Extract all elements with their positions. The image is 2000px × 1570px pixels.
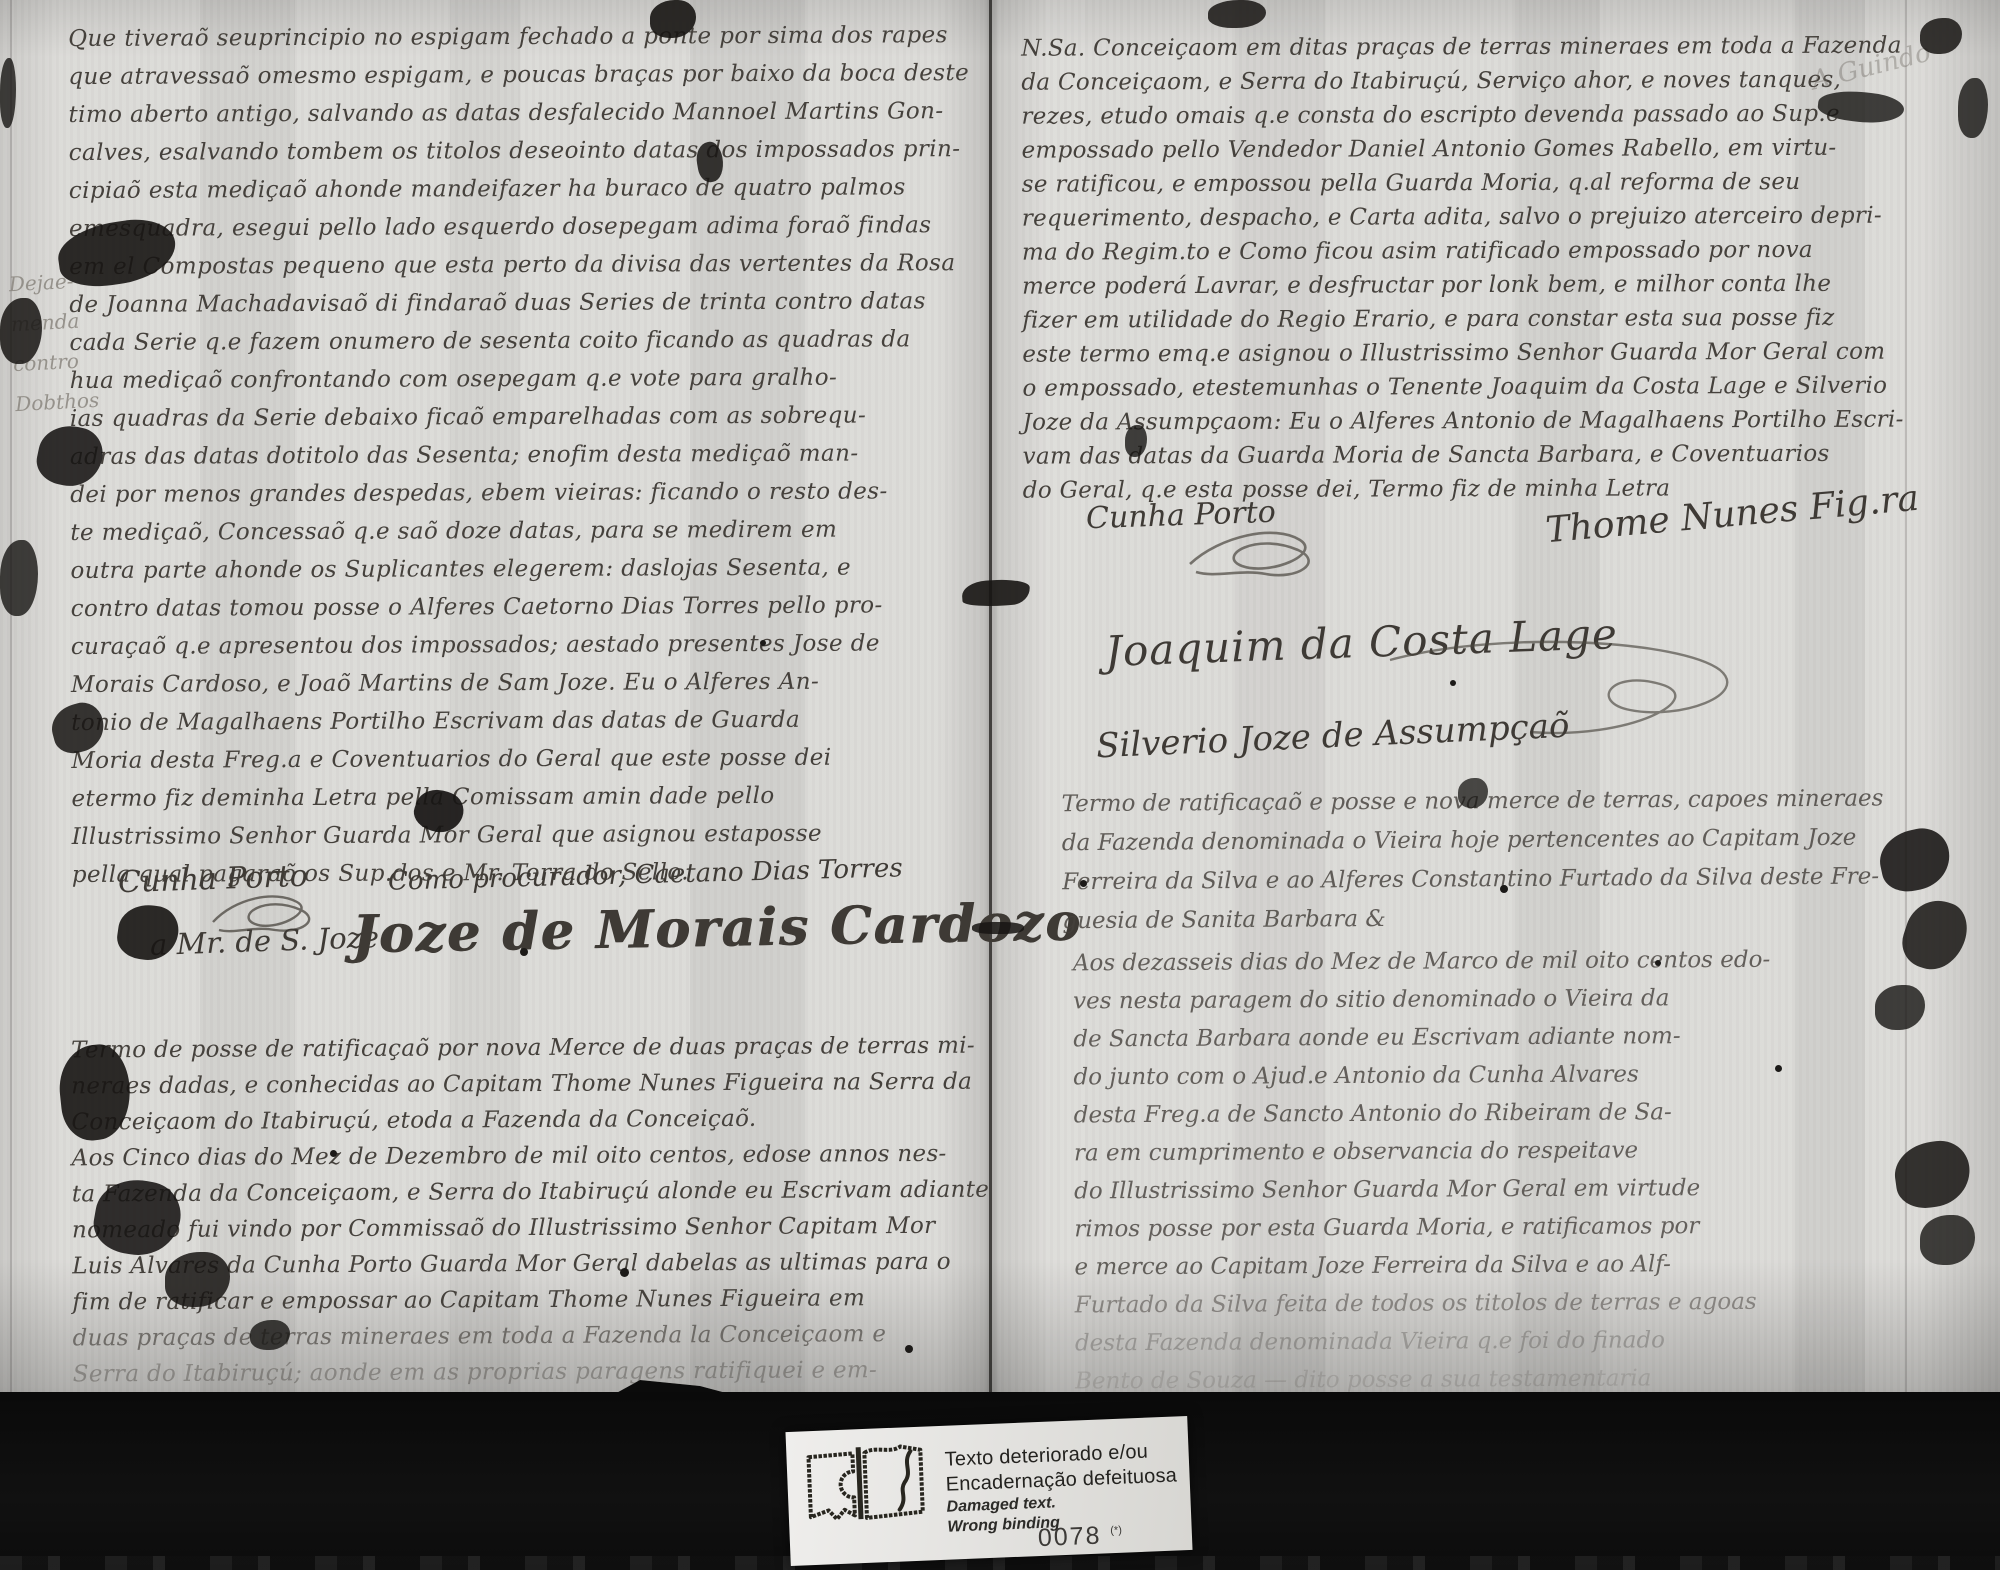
manuscript-line: ves nesta paragem do sitio denominado o … [1073, 978, 1993, 1021]
manuscript-line: o empossado, etestemunhas o Tenente Joaq… [1022, 368, 1972, 405]
page-number-footnote-mark: (*) [1110, 1524, 1122, 1536]
damaged-book-icon [798, 1436, 934, 1533]
manuscript-line: N.Sa. Conceiçaom em ditas praças de terr… [1021, 28, 1971, 65]
manuscript-line: em el Compostas pequeno que esta perto d… [69, 244, 989, 286]
ink-dot [1775, 1065, 1782, 1072]
page-number: 0078 (*) [1037, 1521, 1122, 1553]
manuscript-line: Furtado da Silva feita de todos os titol… [1075, 1282, 1995, 1325]
manuscript-line: guesia de Sanita Barbara & [1062, 896, 1982, 941]
page-number-value: 0078 [1037, 1522, 1102, 1553]
manuscript-line: Serra do Itabiruçú; aonde em as proprias… [73, 1352, 1003, 1393]
manuscript-line: dei por menos grandes despedas, ebem vie… [70, 472, 990, 514]
signature-silverio-joze-de-assumpcao: Silverio Joze de Assumpçaõ [1095, 706, 1570, 767]
ink-dot [620, 1268, 629, 1277]
manuscript-paper: Dejae- menda contro Dobthos Que tiveraõ … [0, 0, 2000, 1430]
manuscript-line: etermo fiz deminha Letra pella Comissam … [71, 776, 991, 818]
manuscript-line: Termo de posse de ratificaçaõ por nova M… [71, 1028, 1001, 1069]
ink-dot [905, 1345, 913, 1353]
manuscript-line: curaçaõ q.e apresentou dos impossados; a… [71, 624, 991, 666]
left-page-body: Que tiveraõ seuprincipio no espigam fech… [68, 16, 992, 894]
manuscript-line: merce poderá Lavrar, e desfructar por lo… [1022, 266, 1972, 303]
manuscript-line: Ferreira da Silva e ao Alferes Constanti… [1062, 857, 1982, 902]
manuscript-line: tonio de Magalhaens Portilho Escrivam da… [71, 700, 991, 742]
manuscript-line: outra parte ahonde os Suplicantes eleger… [70, 548, 990, 590]
ink-dot [1655, 960, 1661, 966]
manuscript-line: empossado pello Vendedor Daniel Antonio … [1022, 130, 1972, 167]
left-page-edge [10, 0, 12, 1430]
manuscript-line: do Illustrissimo Senhor Guarda Mor Geral… [1074, 1168, 1994, 1211]
manuscript-line: Illustrissimo Senhor Guarda Mor Geral qu… [72, 814, 992, 856]
manuscript-line: ias quadras da Serie debaixo ficaõ empar… [70, 396, 990, 438]
ink-dot [520, 948, 528, 956]
signature-rubric [1180, 516, 1340, 586]
manuscript-line: hua mediçaõ confrontando com osepegam q.… [70, 358, 990, 400]
manuscript-line: requerimento, despacho, e Carta adita, s… [1022, 198, 1972, 235]
stamp-text: Texto deteriorado e/ou Encadernação defe… [944, 1426, 1179, 1537]
manuscript-line: nomeado fui vindo por Commissaõ do Illus… [72, 1208, 1002, 1249]
right-page-term-heading: Termo de ratificaçaõ e posse e nova merc… [1061, 779, 1982, 941]
manuscript-line: cada Serie q.e fazem onumero de sesenta … [69, 320, 989, 362]
manuscript-line: Joze da Assumpçaom: Eu o Alferes Antonio… [1022, 402, 1972, 439]
manuscript-line: Termo de ratificaçaõ e posse e nova merc… [1061, 779, 1981, 824]
manuscript-line: desta Fazenda denominada Vieira q.e foi … [1075, 1320, 1995, 1363]
manuscript-line: emesquadra, esegui pello lado esquerdo d… [69, 206, 989, 248]
manuscript-line: te mediçaõ, Concessaõ q.e saõ doze datas… [70, 510, 990, 552]
ink-dot [1500, 885, 1508, 893]
ink-blot [1208, 0, 1266, 28]
manuscript-line: ma do Regim.to e Como ficou asim ratific… [1022, 232, 1972, 269]
manuscript-line: ra em cumprimento e observancia do respe… [1074, 1130, 1994, 1173]
ink-blot [0, 540, 38, 616]
note-mr-de-s-joze: a Mr. de S. Joze [149, 920, 379, 962]
scanned-manuscript-page: Dejae- menda contro Dobthos Que tiveraõ … [0, 0, 2000, 1570]
manuscript-line: da Fazenda denominada o Vieira hoje pert… [1062, 818, 1982, 863]
archive-condition-stamp: Texto deteriorado e/ou Encadernação defe… [785, 1416, 1192, 1566]
ink-blot [1958, 78, 1988, 138]
ink-dot [1450, 680, 1456, 686]
manuscript-line: timo aberto antigo, salvando as datas de… [68, 92, 988, 134]
manuscript-line: se ratificou, e empossou pella Guarda Mo… [1022, 164, 1972, 201]
manuscript-line: vam das datas da Guarda Moria de Sancta … [1023, 436, 1973, 473]
ink-dot [1080, 880, 1087, 887]
manuscript-line: do junto com o Ajud.e Antonio da Cunha A… [1073, 1054, 1993, 1097]
manuscript-line: Morais Cardoso, e Joaõ Martins de Sam Jo… [71, 662, 991, 704]
manuscript-line: este termo emq.e asignou o Illustrissimo… [1022, 334, 1972, 371]
manuscript-line: fizer em utilidade do Regio Erario, e pa… [1022, 300, 1972, 337]
manuscript-line: calves, esalvando tombem os titolos dese… [69, 130, 989, 172]
scan-edge-texture [0, 1556, 2000, 1570]
left-page-second-term: Termo de posse de ratificaçaõ por nova M… [71, 1028, 1003, 1429]
manuscript-line: de Sancta Barbara aonde eu Escrivam adia… [1073, 1016, 1993, 1059]
ink-dot [760, 640, 766, 646]
manuscript-line: duas praças de terras mineraes em toda a… [72, 1316, 1002, 1357]
manuscript-line: neraes dadas, e conhecidas ao Capitam Th… [71, 1064, 1001, 1105]
ink-blot [972, 922, 1024, 934]
ink-dot [330, 1150, 337, 1157]
manuscript-line: ta Fazenda da Conceiçaom, e Serra do Ita… [72, 1172, 1002, 1213]
manuscript-line: contro datas tomou posse o Alferes Caeto… [71, 586, 991, 628]
manuscript-line: cipiaõ esta mediçaõ ahonde mandeifazer h… [69, 168, 989, 210]
manuscript-line: que atravessaõ omesmo espigam, e poucas … [68, 54, 988, 96]
manuscript-line: e merce ao Capitam Joze Ferreira da Silv… [1074, 1244, 1994, 1287]
manuscript-line: Aos Cinco dias do Mez de Dezembro de mil… [72, 1136, 1002, 1177]
manuscript-line: desta Freg.a de Sancto Antonio do Ribeir… [1074, 1092, 1994, 1135]
ink-blot [0, 58, 16, 128]
manuscript-line: Aos dezasseis dias do Mez de Marco de mi… [1073, 940, 1993, 983]
manuscript-line: Que tiveraõ seuprincipio no espigam fech… [68, 16, 988, 58]
manuscript-line: adras das datas dotitolo das Sesenta; en… [70, 434, 990, 476]
manuscript-line: Conceiçaom do Itabiruçú, etoda a Fazenda… [71, 1100, 1001, 1141]
manuscript-line: Moria desta Freg.a e Coventuarios do Ger… [71, 738, 991, 780]
manuscript-line: rimos posse por esta Guarda Moria, e rat… [1074, 1206, 1994, 1249]
manuscript-line: de Joanna Machadavisaõ di findaraõ duas … [69, 282, 989, 324]
right-page-term-body: Aos dezasseis dias do Mez de Marco de mi… [1073, 940, 1995, 1401]
